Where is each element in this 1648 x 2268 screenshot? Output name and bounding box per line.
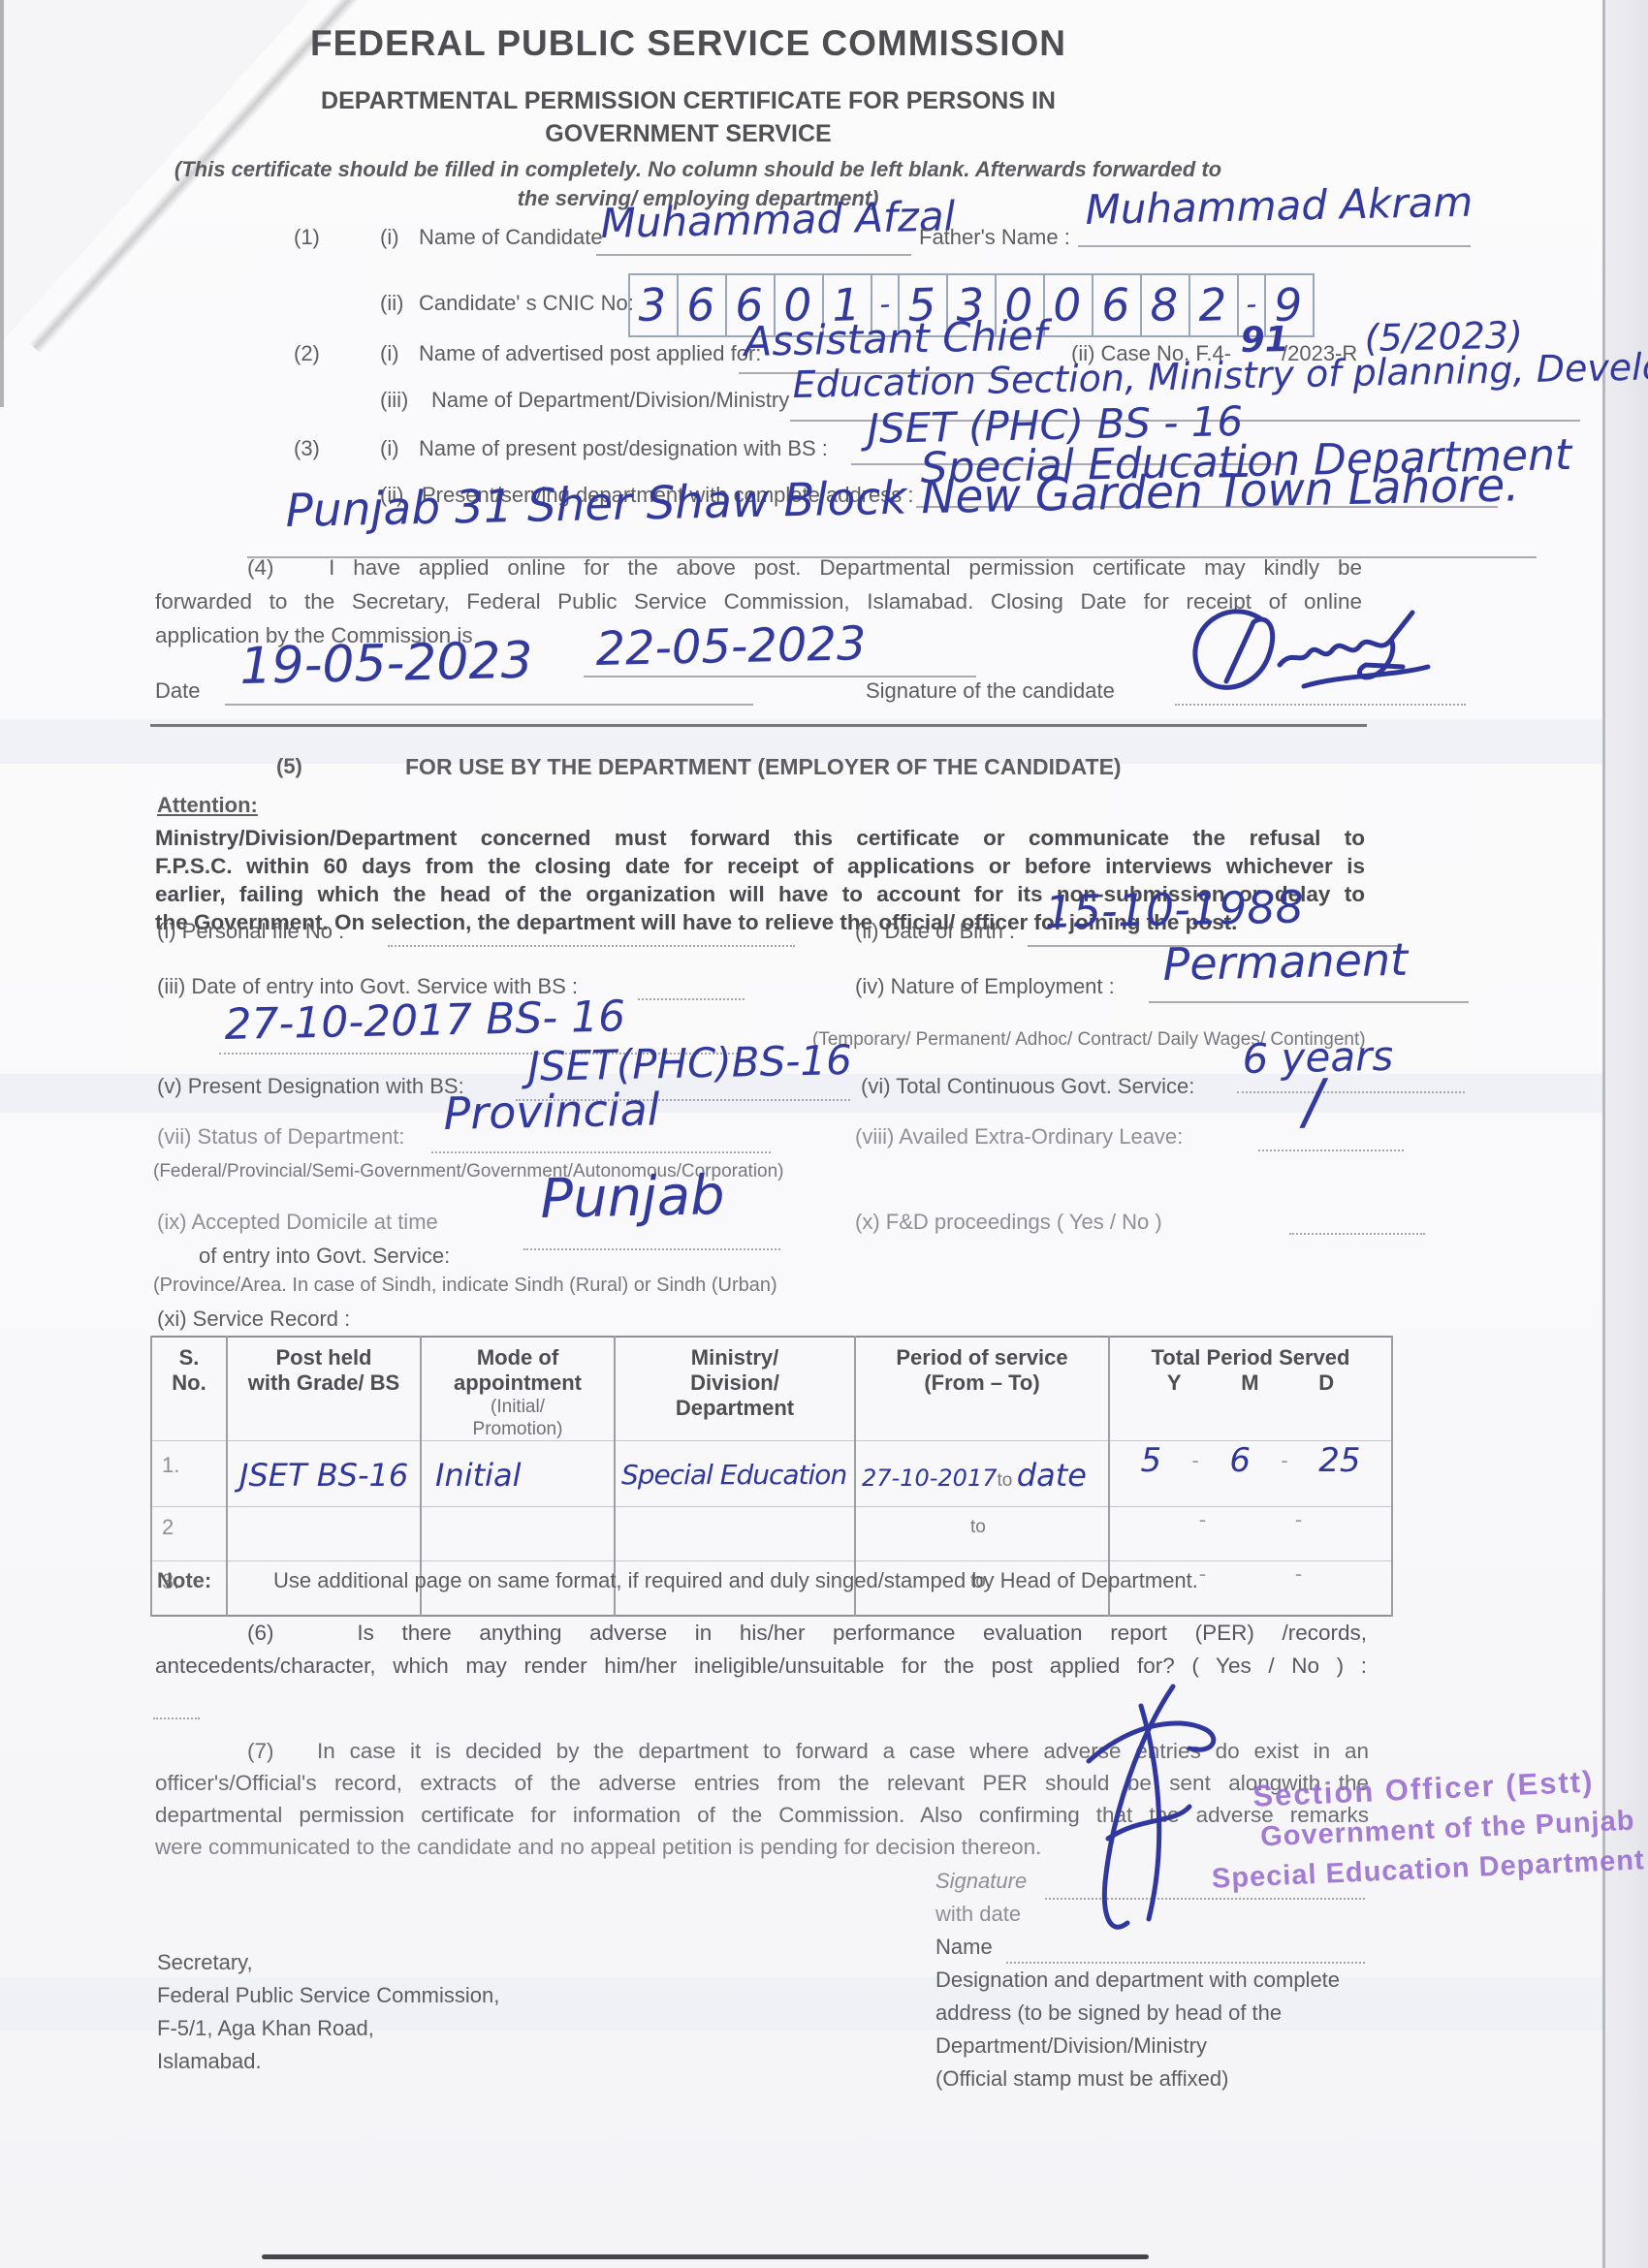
item-7-number: (7) [247,1739,274,1763]
item-2iii-number: (iii) [380,388,408,413]
row1-months: 6 [1229,1441,1251,1480]
footer-stamp-note: (Official stamp must be affixed) [935,2066,1228,2092]
personal-file-line [388,945,795,947]
header-period: Period of service [856,1345,1108,1370]
form-title-line1: DEPARTMENTAL PERMISSION CERTIFICATE FOR … [0,87,1377,115]
footer-name-label: Name [935,1935,993,1960]
cnic-digit: 6 [1101,282,1131,328]
dob-label: (ii) Date of Birth : [855,919,1015,944]
father-name-label: Father's Name : [919,225,1070,250]
dob-value: 15-10-1988 [1044,884,1304,934]
note-label: Note: [157,1568,211,1593]
item-5-number: (5) [276,754,302,779]
row1-post: JSET BS-16 [228,1441,420,1494]
domicile-label-line1: (ix) Accepted Domicile at time [157,1210,438,1235]
item-2-number: (2) [294,341,320,366]
entry-date-short-line [638,998,745,1000]
instruction-line1: (This certificate should be filled in co… [0,157,1396,182]
footer-designation-line1: Designation and department with complete [935,1968,1340,1993]
declaration-line1: I have applied online for the above post… [329,555,1362,580]
item-2i-number: (i) [380,341,399,366]
leave-value: / [1303,1072,1324,1132]
dept-status-label: (vii) Status of Department: [157,1124,405,1150]
employment-line [1149,1001,1469,1003]
attention-label: Attention: [157,793,258,818]
row1-to-word: to [997,1470,1012,1491]
attention-line1: Ministry/Division/Department concerned m… [155,824,1365,852]
row1-days: 25 [1318,1441,1360,1480]
designation-label: (v) Present Designation with BS: [157,1074,464,1099]
section-6-answer-line [153,1717,200,1719]
department-ministry-label: Name of Department/Division/Ministry [431,388,789,413]
section-6-line2: antecedents/character, which may render … [155,1650,1367,1683]
section-6-line1: Is there anything adverse in his/her per… [357,1621,1367,1645]
row1-from: 27-10-2017 [862,1465,997,1492]
designation-value: JSET(PHC)BS-16 [527,1040,852,1087]
header-days: D [1318,1370,1334,1396]
candidate-name-label: Name of Candidate [419,225,603,250]
leave-label: (viii) Availed Extra-Ordinary Leave: [855,1124,1183,1150]
cnic-digit-cell: 0 [1043,273,1093,337]
note-text: Use additional page on same format, if r… [273,1568,1198,1593]
date-value: 19-05-2023 [239,636,533,692]
cnic-digit: 8 [1150,282,1180,328]
header-years: Y [1167,1370,1182,1396]
advertised-post-value: Assistant Chief [744,315,1048,362]
fd-proceedings-line [1289,1233,1425,1235]
employment-label: (iv) Nature of Employment : [855,974,1115,999]
domicile-label-line2: of entry into Govt. Service: [199,1244,450,1269]
item-3-number: (3) [294,436,320,461]
header-sno: S. [152,1345,226,1370]
row2-sno: 2 [152,1507,226,1540]
header-mode: Mode of [422,1345,614,1370]
item-3i-number: (i) [380,436,399,461]
header-ministry: Ministry/ [616,1345,854,1370]
dept-status-line [431,1151,771,1153]
service-row-1: 1. JSET BS-16 Initial Special Education … [151,1441,1392,1507]
advertised-post-label: Name of advertised post applied for: [419,341,761,366]
present-post-label: Name of present post/designation with BS… [419,436,828,461]
scanned-form-page: FEDERAL PUBLIC SERVICE COMMISSION DEPART… [0,0,1648,2268]
item-6-number: (6) [247,1621,274,1645]
cnic-digit: 2 [1198,282,1228,328]
service-record-label: (xi) Service Record : [157,1307,350,1332]
total-service-label: (vi) Total Continuous Govt. Service: [861,1074,1194,1099]
candidate-name-line [596,254,911,256]
personal-file-label: (i) Personal file No : [157,919,344,944]
addressee-line1: Secretary, [157,1950,253,1975]
candidate-name-value: Muhammad Afzal [600,196,956,244]
cnic-digit: 6 [686,282,716,328]
cnic-digit-cell: 6 [677,273,727,337]
fd-proceedings-label: (x) F&D proceedings ( Yes / No ) [855,1210,1162,1235]
addressee-line4: Islamabad. [157,2049,262,2074]
entry-date-value: 27-10-2017 BS- 16 [224,995,626,1047]
father-name-line [1078,245,1471,247]
date-line [225,704,753,706]
header-months: M [1241,1370,1258,1396]
total-service-line [1237,1091,1465,1093]
leave-line [1258,1150,1404,1151]
row1-sno: 1. [152,1441,226,1478]
cnic-digit-cell: 3 [628,273,679,337]
item-1-number: (1) [294,225,320,250]
footer-with-date: with date [935,1902,1021,1927]
org-title: FEDERAL PUBLIC SERVICE COMMISSION [0,23,1377,64]
item-1ii-number: (ii) [380,291,403,316]
service-row-2: 2 to -- [151,1507,1392,1561]
closing-date-value: 22-05-2023 [595,620,867,673]
scan-margin-right [1605,0,1648,2268]
form-title-line2: GOVERNMENT SERVICE [0,120,1377,148]
cnic-digit-cell: 2 [1188,273,1239,337]
row2-to-word: to [856,1507,1108,1538]
row1-mode: Initial [422,1441,614,1494]
section-divider [150,724,1367,727]
candidate-signature [1158,589,1469,710]
domicile-value: Punjab [540,1169,725,1227]
office-stamp: Section Officer (Estt) Government of the… [1208,1762,1646,1895]
row1-years: 5 [1140,1441,1161,1480]
department-signature [1052,1679,1246,1960]
cnic-label: Candidate' s CNIC No: [419,291,634,316]
employment-value: Permanent [1162,937,1409,987]
footer-signature-label: Signature [935,1869,1027,1894]
table-header-row: S.No. Post heldwith Grade/ BS Mode ofapp… [151,1337,1392,1441]
cnic-digit: 0 [1053,282,1083,328]
scan-edge-bottom [262,2254,1149,2259]
addressee-line3: F-5/1, Aga Khan Road, [157,2016,374,2041]
candidate-signature-label: Signature of the candidate [866,678,1115,704]
footer-name-line [1006,1962,1365,1964]
date-label: Date [155,678,200,704]
header-total-period: Total Period Served [1110,1345,1391,1370]
domicile-line [523,1248,780,1250]
section-6: (6) Is there anything adverse in his/her… [155,1617,1367,1683]
closing-date-line [584,676,976,677]
row1-until: date [1017,1457,1087,1494]
department-use-heading: FOR USE BY THE DEPARTMENT (EMPLOYER OF T… [405,754,1122,780]
attention-line2: F.P.S.C. within 60 days from the closing… [155,852,1365,880]
footer-designation-line2: address (to be signed by head of the [935,2000,1282,2026]
cnic-digit-cell: 8 [1140,273,1190,337]
cnic-digit: 3 [638,282,668,328]
row1-ministry: Special Education [616,1441,854,1491]
item-1i-number: (i) [380,225,399,250]
item-4-number: (4) [247,555,274,580]
footer-designation-line3: Department/Division/Ministry [935,2033,1207,2059]
cnic-digit-cell: 6 [1092,273,1142,337]
dept-status-value: Provincial [443,1087,660,1136]
province-note: (Province/Area. In case of Sindh, indica… [153,1275,777,1297]
addressee-line2: Federal Public Service Commission, [157,1983,499,2008]
header-post: Post held [228,1345,420,1370]
cnic-dash: - [1246,291,1257,320]
serving-dept-value2: Punjab 31 Sher Shaw Block New Garden Tow… [285,462,1520,534]
father-name-value: Muhammad Akram [1085,182,1474,231]
